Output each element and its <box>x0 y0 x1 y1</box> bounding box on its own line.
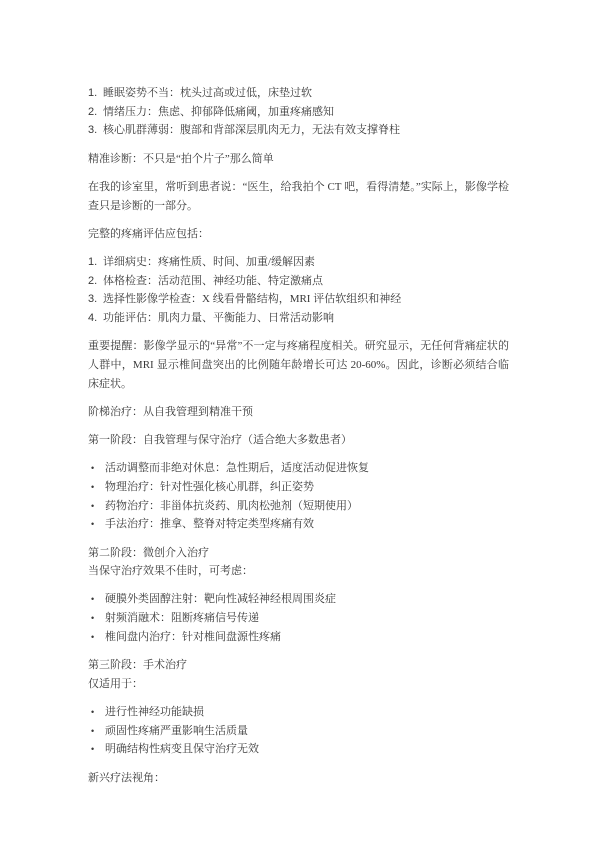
bullet-icon: • <box>91 459 94 478</box>
bullet-item: • 明确结构性病变且保守治疗无效 <box>88 740 509 759</box>
list-number: 2. <box>88 103 97 122</box>
bullet-item-text: 硬膜外类固醇注射：靶向性减轻神经根周围炎症 <box>105 593 336 605</box>
bullet-icon: • <box>91 478 94 497</box>
list-item-text: 选择性影像学检查：X 线看骨骼结构，MRI 评估软组织和神经 <box>103 293 401 305</box>
bullet-icon: • <box>91 722 94 741</box>
bullet-item-text: 椎间盘内治疗：针对椎间盘源性疼痛 <box>105 631 281 643</box>
bullet-item-text: 药物治疗：非甾体抗炎药、肌肉松弛剂（短期使用） <box>105 500 358 512</box>
bullet-icon: • <box>91 515 94 534</box>
bullet-item-text: 明确结构性病变且保守治疗无效 <box>105 743 259 755</box>
bullet-item: • 手法治疗：推拿、整脊对特定类型疼痛有效 <box>88 515 509 534</box>
list-item-text: 核心肌群薄弱：腹部和背部深层肌肉无力，无法有效支撑脊柱 <box>103 124 400 136</box>
bullet-icon: • <box>91 609 94 628</box>
list-number: 3. <box>88 121 97 140</box>
bullet-item-text: 手法治疗：推拿、整脊对特定类型疼痛有效 <box>105 518 314 530</box>
bullet-item-text: 进行性神经功能缺损 <box>105 706 204 718</box>
list-item: 2. 体格检查：活动范围、神经功能、特定激痛点 <box>88 272 509 291</box>
list-item: 2. 情绪压力：焦虑、抑郁降低痛阈，加重疼痛感知 <box>88 103 509 122</box>
stage3-header: 第三阶段：手术治疗 仅适用于： <box>88 656 509 693</box>
important-note: 重要提醒：影像学显示的“异常”不一定与疼痛程度相关。研究显示，无任何背痛症状的人… <box>88 337 509 393</box>
bullet-icon: • <box>91 628 94 647</box>
list-number: 2. <box>88 272 97 291</box>
document-page: 1. 睡眠姿势不当：枕头过高或过低，床垫过软 2. 情绪压力：焦虑、抑郁降低痛阈… <box>0 0 595 841</box>
bullet-item: • 硬膜外类固醇注射：靶向性减轻神经根周围炎症 <box>88 590 509 609</box>
stage2-header: 第二阶段：微创介入治疗 当保守治疗效果不佳时，可考虑： <box>88 544 509 581</box>
bullet-item: • 进行性神经功能缺损 <box>88 703 509 722</box>
treatment-heading: 阶梯治疗：从自我管理到精准干预 <box>88 403 509 422</box>
bullet-item: • 椎间盘内治疗：针对椎间盘源性疼痛 <box>88 628 509 647</box>
diagnosis-heading: 精准诊断：不只是“拍个片子”那么简单 <box>88 150 509 169</box>
list-item-text: 详细病史：疼痛性质、时间、加重/缓解因素 <box>103 256 315 268</box>
factors-list: 1. 睡眠姿势不当：枕头过高或过低，床垫过软 2. 情绪压力：焦虑、抑郁降低痛阈… <box>88 84 509 140</box>
assessment-list: 1. 详细病史：疼痛性质、时间、加重/缓解因素 2. 体格检查：活动范围、神经功… <box>88 253 509 328</box>
list-item: 3. 选择性影像学检查：X 线看骨骼结构，MRI 评估软组织和神经 <box>88 290 509 309</box>
stage3-title: 第三阶段：手术治疗 <box>88 656 509 675</box>
list-item-text: 睡眠姿势不当：枕头过高或过低，床垫过软 <box>103 87 312 99</box>
stage1-title: 第一阶段：自我管理与保守治疗（适合绝大多数患者） <box>88 431 509 450</box>
stage2-bullet-list: • 硬膜外类固醇注射：靶向性减轻神经根周围炎症 • 射频消融术：阻断疼痛信号传递… <box>88 590 509 646</box>
bullet-item: • 药物治疗：非甾体抗炎药、肌肉松弛剂（短期使用） <box>88 497 509 516</box>
list-item-text: 体格检查：活动范围、神经功能、特定激痛点 <box>103 275 323 287</box>
list-item: 1. 详细病史：疼痛性质、时间、加重/缓解因素 <box>88 253 509 272</box>
bullet-icon: • <box>91 497 94 516</box>
emerging-heading: 新兴疗法视角： <box>88 769 509 788</box>
bullet-item: • 顽固性疼痛严重影响生活质量 <box>88 722 509 741</box>
bullet-item-text: 顽固性疼痛严重影响生活质量 <box>105 725 248 737</box>
stage3-subtitle: 仅适用于： <box>88 675 509 694</box>
list-item: 3. 核心肌群薄弱：腹部和背部深层肌肉无力，无法有效支撑脊柱 <box>88 121 509 140</box>
list-item: 1. 睡眠姿势不当：枕头过高或过低，床垫过软 <box>88 84 509 103</box>
stage2-subtitle: 当保守治疗效果不佳时，可考虑： <box>88 562 509 581</box>
diagnosis-paragraph: 在我的诊室里，常听到患者说：“医生，给我拍个 CT 吧，看得清楚。”实际上，影像… <box>88 178 509 215</box>
list-item-text: 功能评估：肌肉力量、平衡能力、日常活动影响 <box>103 312 334 324</box>
stage1-bullet-list: • 活动调整而非绝对休息：急性期后，适度活动促进恢复 • 物理治疗：针对性强化核… <box>88 459 509 534</box>
list-number: 1. <box>88 84 97 103</box>
stage2-title: 第二阶段：微创介入治疗 <box>88 544 509 563</box>
list-number: 4. <box>88 309 97 328</box>
bullet-item-text: 射频消融术：阻断疼痛信号传递 <box>105 612 259 624</box>
bullet-item: • 物理治疗：针对性强化核心肌群，纠正姿势 <box>88 478 509 497</box>
bullet-icon: • <box>91 703 94 722</box>
bullet-item: • 活动调整而非绝对休息：急性期后，适度活动促进恢复 <box>88 459 509 478</box>
list-item-text: 情绪压力：焦虑、抑郁降低痛阈，加重疼痛感知 <box>103 106 334 118</box>
bullet-icon: • <box>91 740 94 759</box>
list-number: 1. <box>88 253 97 272</box>
bullet-item-text: 物理治疗：针对性强化核心肌群，纠正姿势 <box>105 481 314 493</box>
list-item: 4. 功能评估：肌肉力量、平衡能力、日常活动影响 <box>88 309 509 328</box>
assessment-intro: 完整的疼痛评估应包括： <box>88 225 509 244</box>
bullet-item: • 射频消融术：阻断疼痛信号传递 <box>88 609 509 628</box>
bullet-icon: • <box>91 590 94 609</box>
bullet-item-text: 活动调整而非绝对休息：急性期后，适度活动促进恢复 <box>105 462 369 474</box>
list-number: 3. <box>88 290 97 309</box>
stage3-bullet-list: • 进行性神经功能缺损 • 顽固性疼痛严重影响生活质量 • 明确结构性病变且保守… <box>88 703 509 759</box>
